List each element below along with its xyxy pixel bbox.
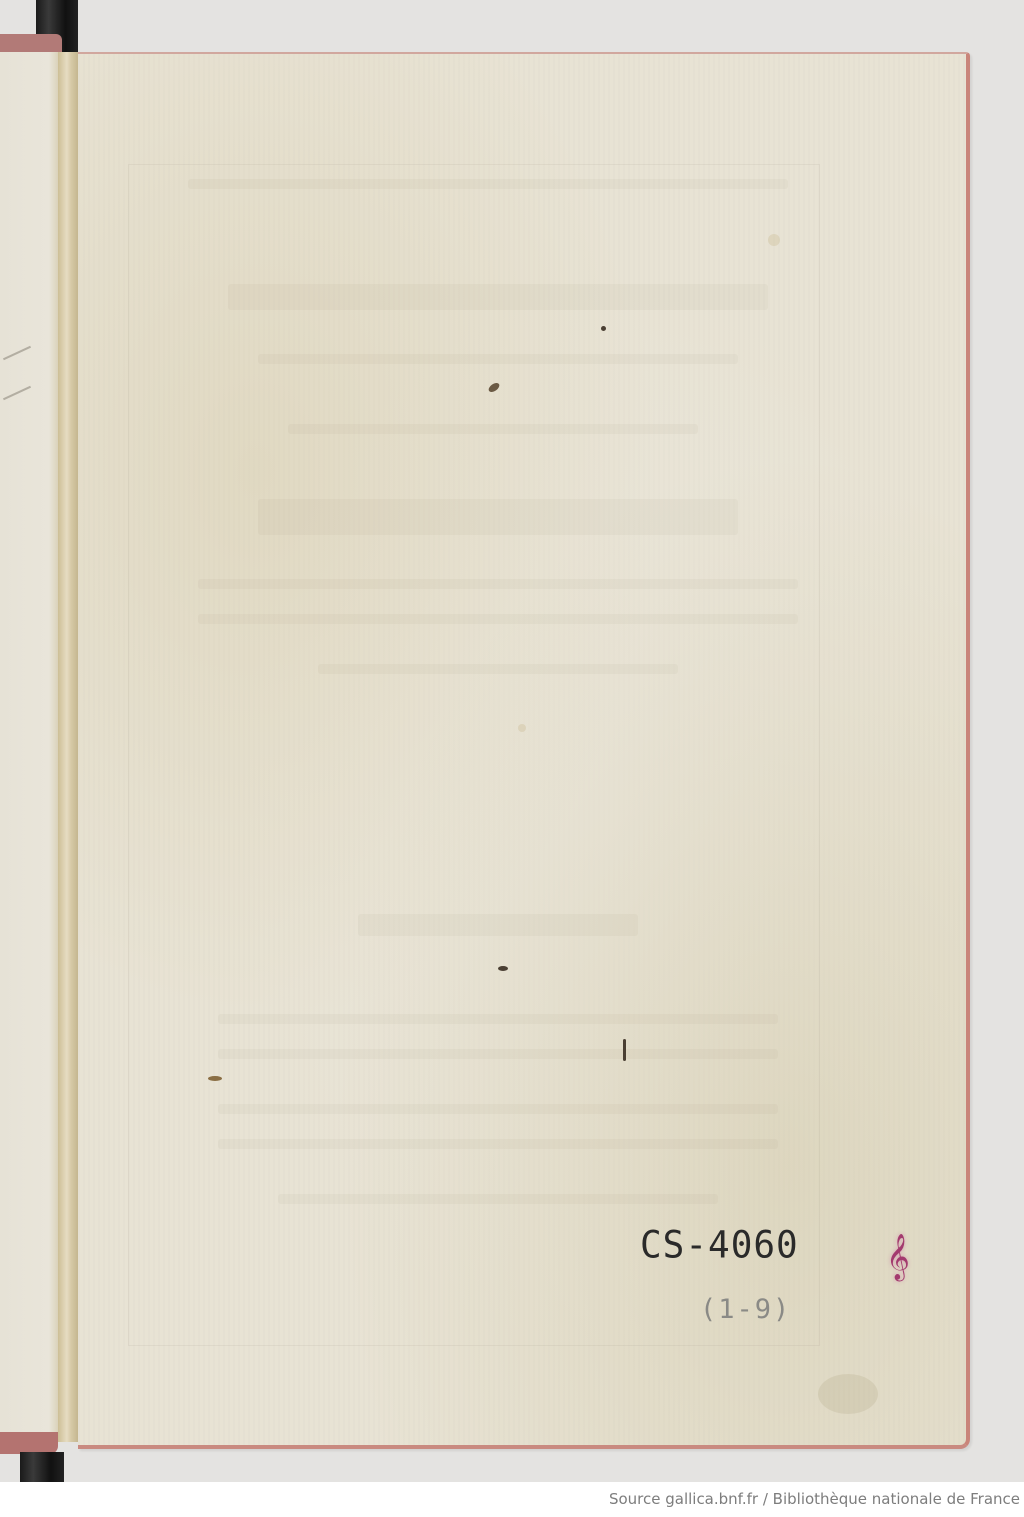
- show-through-text: [318, 664, 678, 674]
- show-through-text: [188, 179, 788, 189]
- pencil-mark: [3, 386, 31, 400]
- foxing-stain: [518, 724, 526, 732]
- show-through-text: [198, 579, 798, 589]
- shelfmark-label: CS-4060: [640, 1224, 799, 1267]
- show-through-text: [218, 1014, 778, 1024]
- foxing-stain: [818, 1374, 878, 1414]
- show-through-text: [218, 1049, 778, 1059]
- cover-edge-top: [0, 34, 62, 54]
- footer-bar: Source gallica.bnf.fr / Bibliothèque nat…: [0, 1482, 1024, 1517]
- show-through-frame: [128, 164, 820, 1346]
- show-through-text: [228, 284, 768, 310]
- show-through-text: [198, 614, 798, 624]
- pencil-mark: [3, 346, 31, 360]
- show-through-text: [278, 1194, 718, 1204]
- book-gutter: [58, 52, 80, 1442]
- show-through-text: [218, 1139, 778, 1149]
- shelfmark-volumes: (1-9): [700, 1294, 791, 1325]
- binding-strap-bottom: [20, 1452, 64, 1482]
- paper-speck: [623, 1039, 626, 1061]
- show-through-text: [288, 424, 698, 434]
- show-through-text: [258, 499, 738, 535]
- paper-speck: [498, 966, 508, 971]
- treble-clef-stamp-icon: 𝄞: [883, 1230, 913, 1284]
- show-through-text: [218, 1104, 778, 1114]
- foxing-stain: [768, 234, 780, 246]
- show-through-text: [258, 354, 738, 364]
- cover-edge-bottom: [0, 1432, 58, 1454]
- paper-speck: [208, 1076, 222, 1081]
- source-credit: Source gallica.bnf.fr / Bibliothèque nat…: [609, 1490, 1020, 1508]
- paper-speck: [601, 326, 606, 331]
- show-through-text: [358, 914, 638, 936]
- page-leaf: [78, 52, 970, 1449]
- scan-area: CS-4060 (1-9) 𝄞: [0, 0, 1024, 1482]
